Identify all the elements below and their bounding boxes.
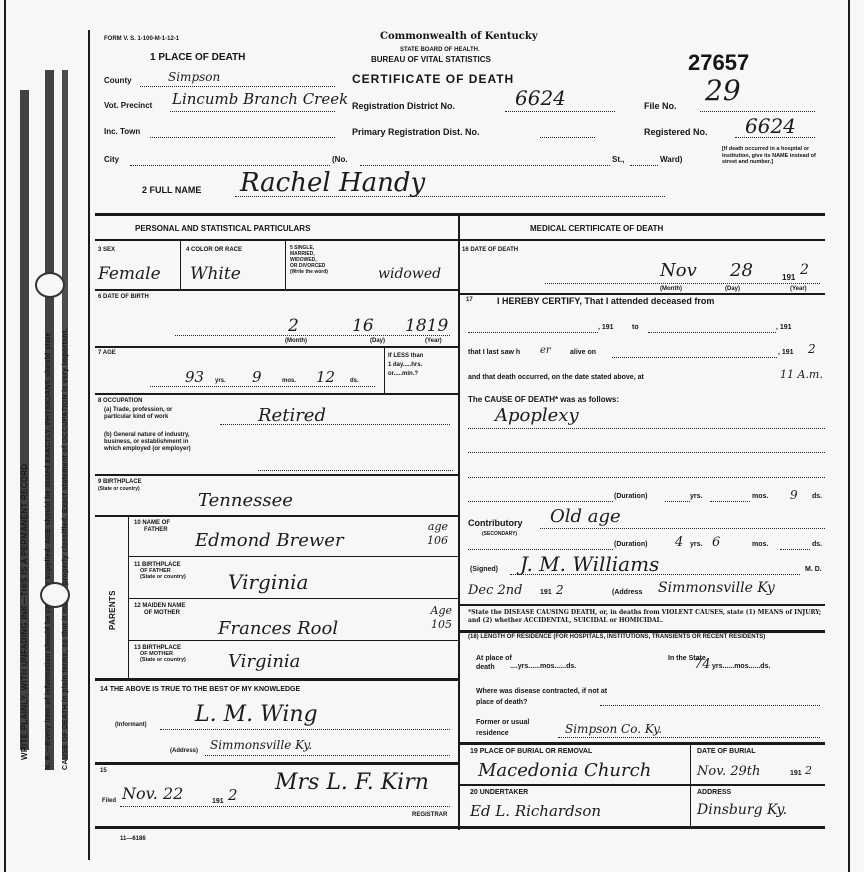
vot-precinct-value: Lincumb Branch Creek (172, 90, 348, 108)
city-label: City (104, 155, 119, 164)
duration2-yrs-label: yrs. (690, 541, 702, 548)
father-age-note: age 106 (408, 520, 448, 548)
ward-label: Ward) (660, 155, 682, 164)
at-place-units: ....yrs......mos......ds. (510, 663, 576, 670)
column-divider (458, 215, 460, 830)
duration2-label: (Duration) (614, 541, 647, 548)
death-day-caption: (Day) (725, 286, 740, 293)
punch-hole (35, 272, 65, 298)
mother-birthplace-label: 13 BIRTHPLACE OF MOTHER (State or countr… (134, 645, 186, 663)
margin-instruction-2: N. B.—Every item of information should b… (45, 332, 52, 770)
mother-name-value: Frances Rool (218, 618, 338, 639)
mother-birthplace-value: Virginia (228, 651, 300, 672)
left-border (4, 0, 6, 872)
full-name-label: 2 FULL NAME (142, 185, 201, 195)
signed-label: (Signed) (470, 566, 498, 573)
margin-instruction-1: WRITE PLAINLY, WITH UNFADING INK—THIS IS… (20, 90, 29, 760)
duration2-mos-label: mos. (752, 541, 768, 548)
date-of-death-label: 16 DATE OF DEATH (462, 247, 518, 254)
attended-from-year: , 191 (598, 324, 614, 331)
informant-label: (Informant) (115, 722, 147, 729)
registrar-label: REGISTRAR (412, 812, 447, 819)
parents-label: PARENTS (108, 590, 117, 630)
section-divider (95, 213, 825, 216)
marital-value: widowed (378, 266, 441, 282)
age-days: 12 (316, 368, 335, 386)
date-of-death-month: Nov (660, 260, 697, 281)
form-code: FORM V. S. 1-100-M-1-12-1 (104, 36, 179, 43)
full-name-value: Rachel Handy (240, 168, 425, 198)
filed-number: 15 (100, 768, 107, 775)
contributory-label: Contributory (468, 518, 523, 528)
county-label: County (104, 76, 132, 85)
duration1-ds-label: ds. (812, 493, 822, 500)
attended-to-label: to (632, 324, 639, 331)
attended-to-year: , 191 (776, 324, 792, 331)
day-caption: (Day) (370, 338, 385, 345)
burial-place-label: 19 PLACE OF BURIAL OR REMOVAL (470, 748, 592, 755)
alive-year-suffix: 2 (808, 342, 816, 356)
primary-registration-label: Primary Registration Dist. No. (352, 127, 480, 137)
certify-text: I HEREBY CERTIFY, That I attended deceas… (497, 296, 714, 306)
registered-no-value: 6624 (745, 114, 796, 138)
file-no-label: File No. (644, 101, 677, 111)
personal-heading: PERSONAL AND STATISTICAL PARTICULARS (135, 224, 310, 233)
occupation-label: 8 OCCUPATION (98, 398, 142, 405)
age-mos-label: mos. (282, 378, 296, 385)
footnote: *State the DISEASE CAUSING DEATH, or, in… (468, 609, 823, 625)
duration1-label: (Duration) (614, 493, 647, 500)
date-of-death-year-suffix: 2 (800, 262, 809, 278)
physician-address-label: (Address (612, 589, 642, 596)
certify-number: 17 (466, 297, 473, 304)
last-saw-value: er (540, 345, 551, 356)
death-time-value: 11 A.m. (780, 368, 823, 381)
father-birthplace-label: 11 BIRTHPLACE OF FATHER (State or countr… (134, 562, 186, 580)
registered-no-label: Registered No. (644, 127, 708, 137)
filed-label: Filed (102, 798, 116, 805)
color-value: White (190, 264, 241, 284)
month-caption: (Month) (285, 338, 307, 345)
undertaker-label: 20 UNDERTAKER (470, 789, 528, 796)
stamp-number: 27657 (688, 50, 749, 76)
duration2-ds-label: ds. (812, 541, 822, 548)
date-of-death-day: 28 (730, 260, 753, 281)
signed-year-suffix: 2 (556, 583, 564, 597)
age-label: 7 AGE (98, 350, 116, 357)
hospital-note: [If death occurred in a hospital or inst… (722, 146, 820, 166)
registration-district-value: 6624 (515, 86, 566, 110)
signed-date: Dec 2nd (468, 583, 523, 598)
alive-year: , 191 (778, 349, 794, 356)
father-birthplace-value: Virginia (228, 570, 308, 594)
alive-on-text: alive on (570, 349, 596, 356)
street-number-label: (No. (332, 155, 348, 164)
duration1-mos-label: mos. (752, 493, 768, 500)
registration-district-label: Registration District No. (352, 101, 455, 111)
vot-precinct-label: Vot. Precinct (104, 101, 152, 110)
secondary-label: (SECONDARY) (482, 531, 517, 538)
dob-label: 6 DATE OF BIRTH (98, 294, 149, 301)
occupation-a-value: Retired (258, 405, 326, 426)
dob-month: 2 (288, 316, 299, 336)
medical-heading: MEDICAL CERTIFICATE OF DEATH (530, 224, 663, 233)
death-occurred-text: and that death occurred, on the date sta… (468, 374, 644, 381)
street-label: St., (612, 155, 624, 164)
filed-year-suffix: 2 (228, 786, 238, 804)
registrar-value: Mrs L. F. Kirn (275, 770, 429, 795)
duration1-yrs-label: yrs. (690, 493, 702, 500)
filed-date: Nov. 22 (122, 784, 183, 803)
informant-address-value: Simmonsville Ky. (210, 738, 312, 752)
age-years: 93 (185, 368, 204, 386)
right-border (848, 0, 850, 872)
informant-value: L. M. Wing (195, 702, 318, 727)
marital-label: 5 SINGLE, MARRIED, WIDOWED, OR DIVORCED … (290, 245, 328, 275)
last-saw-text: that I last saw h (468, 349, 520, 356)
md-label: M. D. (805, 566, 822, 573)
certificate-title: CERTIFICATE OF DEATH (352, 72, 514, 86)
age-ds-label: ds. (350, 378, 359, 385)
bureau-heading: BUREAU OF VITAL STATISTICS (371, 56, 491, 64)
duration2-months: 6 (712, 535, 720, 550)
sex-label: 3 SEX (98, 247, 115, 254)
commonwealth-heading: Commonwealth of Kentucky (380, 31, 538, 42)
mother-name-label: 12 MAIDEN NAME OF MOTHER (134, 603, 185, 617)
undertaker-address-label: ADDRESS (697, 789, 731, 796)
year-caption: (Year) (425, 338, 442, 345)
cause-value: Apoplexy (495, 405, 579, 426)
physician-address-value: Simmonsville Ky (658, 580, 775, 596)
occupation-b-label: (b) General nature of industry, business… (104, 432, 191, 453)
margin-instruction-3: CAUSE OF DEATH in plain terms, so that i… (62, 328, 69, 770)
death-month-caption: (Month) (660, 286, 682, 293)
inner-left-border (88, 30, 90, 860)
birthplace-value: Tennessee (198, 490, 293, 511)
burial-date-value: Nov. 29th (697, 764, 760, 779)
less-than-day: If LESS than 1 day.....hrs. or.....min.? (388, 352, 423, 379)
board-heading: STATE BOARD OF HEALTH. (400, 47, 480, 54)
former-residence-label: Former or usual residence (476, 717, 536, 739)
mother-age-note: Age 105 (412, 604, 452, 632)
punch-hole (40, 582, 70, 608)
file-no-value: 29 (705, 74, 741, 107)
in-state-units: yrs......mos......ds. (712, 663, 770, 670)
dob-year: 1819 (405, 316, 448, 336)
sex-value: Female (98, 264, 161, 284)
occupation-a-label: (a) Trade, profession, or particular kin… (104, 407, 172, 421)
burial-place-value: Macedonia Church (478, 760, 651, 781)
signed-value: J. M. Williams (520, 552, 659, 576)
burial-date-label: DATE OF BURIAL (697, 748, 756, 755)
age-yrs-label: yrs. (215, 378, 226, 385)
father-name-label: 10 NAME OF FATHER (134, 520, 170, 534)
former-residence-value: Simpson Co. Ky. (565, 722, 662, 736)
informant-heading: 14 THE ABOVE IS TRUE TO THE BEST OF MY K… (100, 686, 300, 693)
duration2-years: 4 (675, 535, 683, 550)
dob-day: 16 (352, 316, 374, 336)
burial-year-prefix: 191 (790, 770, 802, 777)
signed-year-prefix: 191 (540, 589, 552, 596)
color-label: 4 COLOR OR RACE (186, 247, 242, 254)
burial-year-suffix: 2 (805, 764, 812, 777)
age-months: 9 (252, 368, 262, 386)
place-of-death-heading: 1 PLACE OF DEATH (150, 52, 245, 63)
cause-heading: The CAUSE OF DEATH* was as follows: (468, 396, 619, 403)
father-name-value: Edmond Brewer (195, 530, 344, 551)
bottom-form-code: 11—6186 (120, 836, 146, 843)
county-value: Simpson (168, 70, 220, 84)
death-year-caption: (Year) (790, 286, 807, 293)
filed-year-prefix: 191 (212, 798, 224, 805)
birthplace-label: 9 BIRTHPLACE (State or country) (98, 479, 142, 493)
duration1-days: 9 (790, 488, 798, 502)
inc-town-label: Inc. Town (104, 127, 140, 136)
contributory-value: Old age (550, 506, 621, 527)
undertaker-value: Ed L. Richardson (470, 802, 601, 820)
residence-heading: (18) LENGTH OF RESIDENCE (FOR HOSPITALS,… (468, 634, 823, 641)
date-of-death-year-prefix: 191 (782, 274, 795, 281)
undertaker-address-value: Dinsburg Ky. (697, 802, 787, 818)
informant-address-label: (Address) (170, 748, 198, 755)
death-certificate: WRITE PLAINLY, WITH UNFADING INK—THIS IS… (0, 0, 864, 872)
state-years-value: 74 (694, 657, 711, 672)
